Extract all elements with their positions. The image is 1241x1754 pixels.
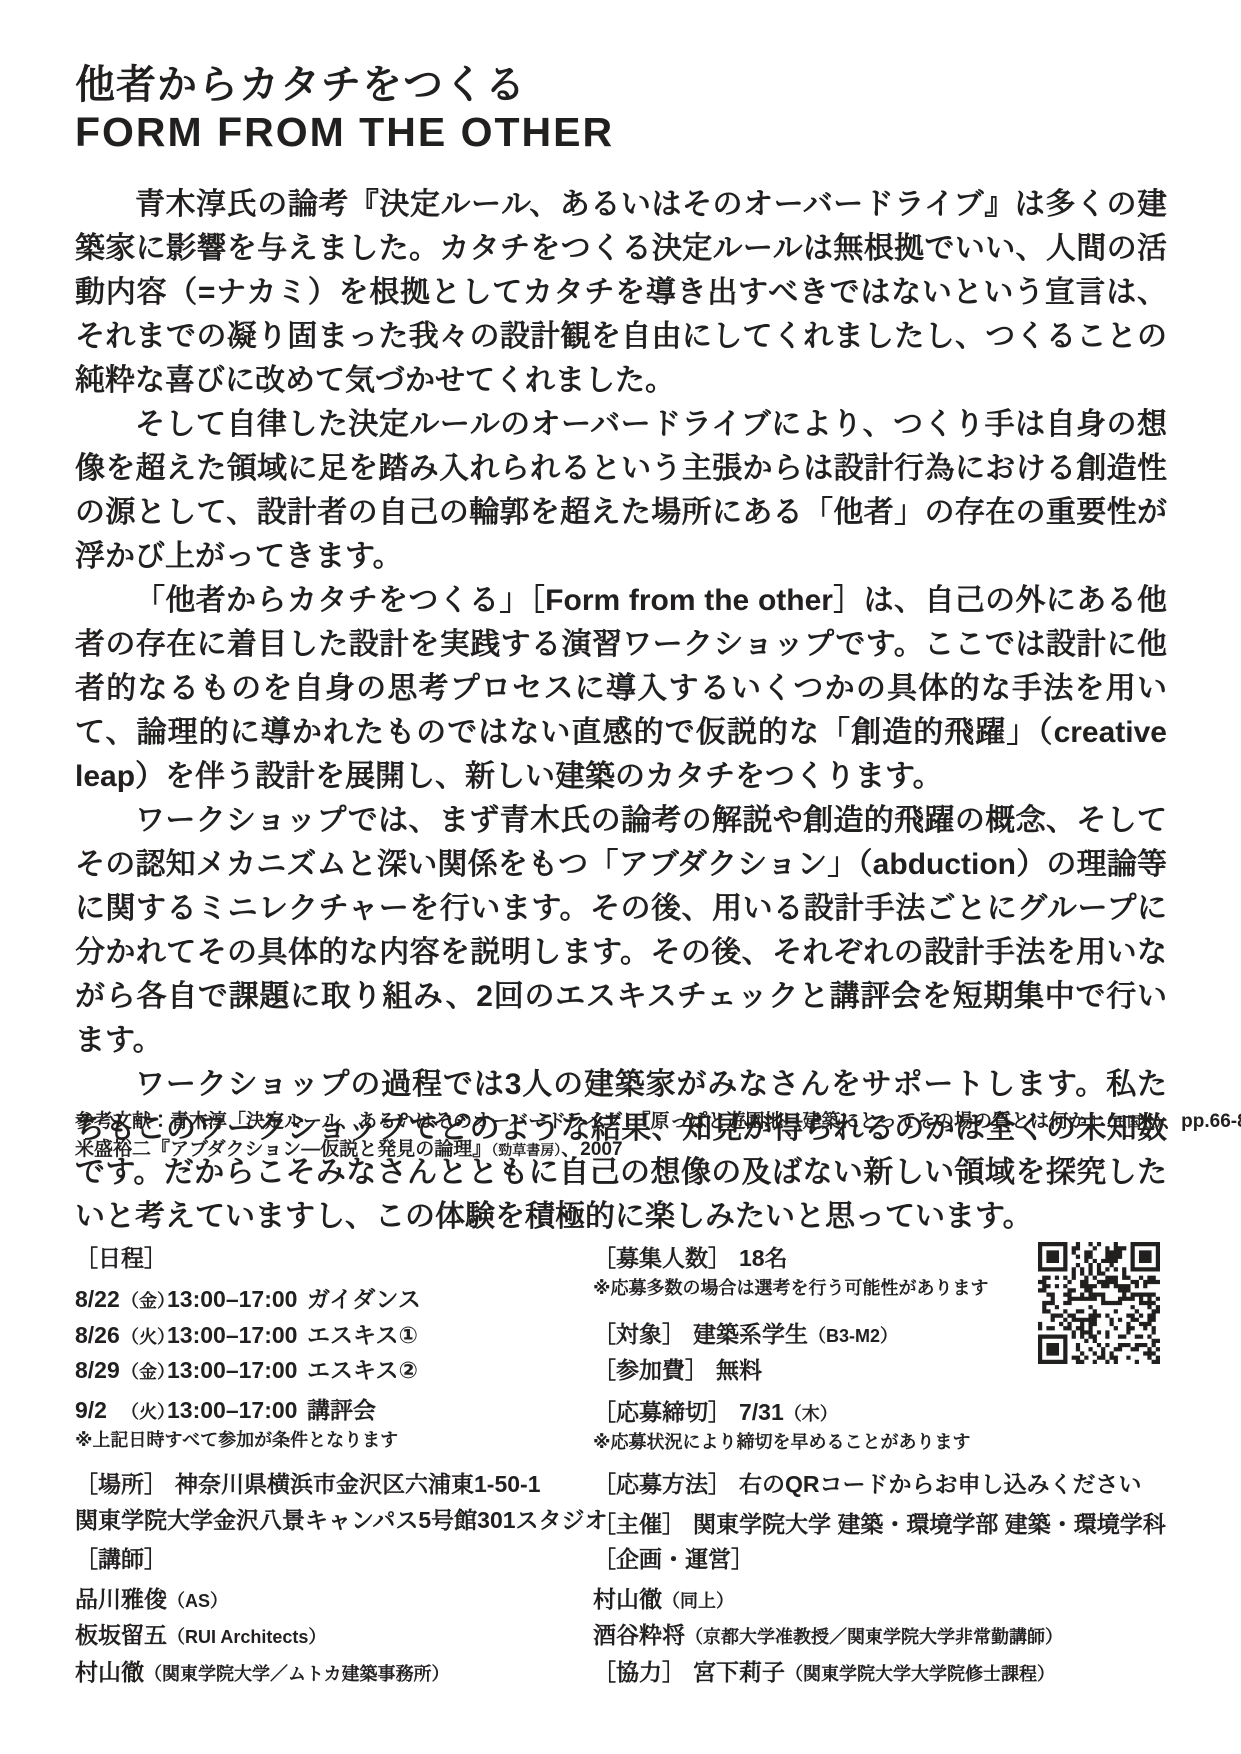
schedule-event: エスキス② bbox=[307, 1352, 418, 1385]
planning-member-name: 村山徹 bbox=[593, 1581, 662, 1614]
schedule-row: 9/2 （火） 13:00–17:00 講評会 bbox=[75, 1392, 376, 1425]
planning-member-row: 村山徹 （同上） bbox=[593, 1581, 734, 1614]
planning-member-affiliation: （京都大学准教授／関東学院大学非常勤講師） bbox=[685, 1623, 1063, 1649]
schedule-date: 8/29 bbox=[75, 1357, 121, 1384]
schedule-time: 13:00–17:00 bbox=[167, 1357, 307, 1384]
intro-paragraph-2: そして自律した決定ルールのオーバードライブにより、つくり手は自身の想像を超えた領… bbox=[75, 403, 1167, 579]
venue-address: 神奈川県横浜市金沢区六浦東1-50-1 bbox=[175, 1466, 540, 1499]
schedule-day: （金） bbox=[121, 1287, 167, 1313]
intro-paragraph-1: 青木淳氏の論考『決定ルール、あるいはそのオーバードライブ』は多くの建築家に影響を… bbox=[75, 183, 1167, 403]
recruitment-value: 18名 bbox=[739, 1240, 788, 1273]
reference-text: 米盛裕二『アブダクション—仮説と発見の論理』 bbox=[75, 1139, 491, 1160]
deadline-label: ［応募締切］ bbox=[593, 1394, 731, 1427]
recruitment-label: ［募集人数］ bbox=[593, 1240, 731, 1273]
lecturer-name: 品川雅俊 bbox=[75, 1581, 167, 1614]
organizer-row: ［主催］ 関東学院大学 建築・環境学部 建築・環境学科 bbox=[593, 1506, 1166, 1539]
venue-row: ［場所］ 神奈川県横浜市金沢区六浦東1-50-1 bbox=[75, 1466, 540, 1499]
schedule-day: （金） bbox=[121, 1358, 167, 1384]
application-value: 右のQRコードからお申し込みください bbox=[739, 1466, 1142, 1499]
cooperation-affiliation: （関東学院大学大学院修士課程） bbox=[785, 1660, 1055, 1686]
target-value: 建築系学生 bbox=[693, 1316, 808, 1349]
schedule-label: ［日程］ bbox=[75, 1240, 167, 1273]
schedule-event: 講評会 bbox=[307, 1392, 376, 1425]
reference-line-2: 米盛裕二『アブダクション—仮説と発見の論理』（勁草書房）、2007 bbox=[75, 1136, 1185, 1164]
schedule-row: 8/22 （金） 13:00–17:00 ガイダンス bbox=[75, 1281, 421, 1314]
schedule-time: 13:00–17:00 bbox=[167, 1286, 307, 1313]
intro-paragraph-4: ワークショップでは、まず青木氏の論考の解説や創造的飛躍の概念、そしてその認知メカ… bbox=[75, 799, 1167, 1063]
reference-year: 、2007 bbox=[561, 1139, 622, 1160]
recruitment-note: ※応募多数の場合は選考を行う可能性があります bbox=[593, 1274, 989, 1300]
schedule-date: 8/26 bbox=[75, 1322, 121, 1349]
deadline-row: ［応募締切］ 7/31 （木） bbox=[593, 1394, 838, 1427]
schedule-event: エスキス① bbox=[307, 1317, 418, 1350]
deadline-value-note: （木） bbox=[784, 1400, 838, 1426]
lecturers-label: ［講師］ bbox=[75, 1541, 167, 1574]
organizer-label: ［主催］ bbox=[593, 1506, 685, 1539]
page-title-english: FORM FROM THE OTHER bbox=[75, 109, 614, 156]
reference-publisher: （王国社） bbox=[1106, 1114, 1162, 1130]
planning-label: ［企画・運営］ bbox=[593, 1541, 754, 1574]
page-title: 他者からカタチをつくる FORM FROM THE OTHER bbox=[75, 62, 614, 156]
reference-pages: 、pp.66-84、2004 bbox=[1162, 1111, 1241, 1132]
lecturer-affiliation: （関東学院大学／ムトカ建築事務所） bbox=[144, 1660, 449, 1686]
application-qr-code-icon bbox=[1038, 1242, 1160, 1364]
lecturer-row: 村山徹 （関東学院大学／ムトカ建築事務所） bbox=[75, 1654, 449, 1687]
lecturer-affiliation: （RUI Architects） bbox=[167, 1623, 326, 1649]
organizer-value: 関東学院大学 建築・環境学部 建築・環境学科 bbox=[693, 1506, 1166, 1539]
cooperation-name: 宮下莉子 bbox=[693, 1654, 785, 1687]
fee-row: ［参加費］ 無料 bbox=[593, 1352, 762, 1385]
fee-label: ［参加費］ bbox=[593, 1352, 708, 1385]
intro-text: 青木淳氏の論考『決定ルール、あるいはそのオーバードライブ』は多くの建築家に影響を… bbox=[75, 183, 1167, 1239]
schedule-time: 13:00–17:00 bbox=[167, 1397, 307, 1424]
schedule-date: 8/22 bbox=[75, 1286, 121, 1313]
cooperation-row: ［協力］ 宮下莉子 （関東学院大学大学院修士課程） bbox=[593, 1654, 1055, 1687]
lecturer-row: 品川雅俊 （AS） bbox=[75, 1581, 228, 1614]
deadline-value: 7/31 bbox=[739, 1399, 784, 1426]
page-title-japanese: 他者からカタチをつくる bbox=[75, 62, 614, 109]
schedule-time: 13:00–17:00 bbox=[167, 1322, 307, 1349]
references: 参考文献：青木淳「決定ルール、あるいはそのオーバードライブ」『原っぱと遊園地—建… bbox=[75, 1108, 1185, 1164]
intro-paragraph-3: 「他者からカタチをつくる」［Form from the other］は、自己の外… bbox=[75, 579, 1167, 799]
target-row: ［対象］ 建築系学生 （B3-M2） bbox=[593, 1316, 898, 1349]
schedule-day: （火） bbox=[121, 1398, 167, 1424]
schedule-day: （火） bbox=[121, 1323, 167, 1349]
recruitment-row: ［募集人数］ 18名 bbox=[593, 1240, 788, 1273]
schedule-row: 8/26 （火） 13:00–17:00 エスキス① bbox=[75, 1317, 418, 1350]
poster-page: 他者からカタチをつくる FORM FROM THE OTHER 青木淳氏の論考『… bbox=[0, 0, 1241, 1754]
fee-value: 無料 bbox=[716, 1352, 762, 1385]
cooperation-label: ［協力］ bbox=[593, 1654, 685, 1687]
lecturer-row: 板坂留五 （RUI Architects） bbox=[75, 1617, 326, 1650]
application-label: ［応募方法］ bbox=[593, 1466, 731, 1499]
planning-member-name: 酒谷粋将 bbox=[593, 1617, 685, 1650]
lecturer-name: 村山徹 bbox=[75, 1654, 144, 1687]
target-label: ［対象］ bbox=[593, 1316, 685, 1349]
lecturer-name: 板坂留五 bbox=[75, 1617, 167, 1650]
reference-publisher: （勁草書房） bbox=[491, 1142, 561, 1158]
schedule-note: ※上記日時すべて参加が条件となります bbox=[75, 1426, 398, 1452]
schedule-row: 8/29 （金） 13:00–17:00 エスキス② bbox=[75, 1352, 418, 1385]
reference-line-1: 参考文献：青木淳「決定ルール、あるいはそのオーバードライブ」『原っぱと遊園地—建… bbox=[75, 1108, 1185, 1136]
planning-member-affiliation: （同上） bbox=[662, 1587, 734, 1613]
venue-building: 関東学院大学金沢八景キャンパス5号館301スタジオ bbox=[75, 1502, 608, 1535]
lecturer-affiliation: （AS） bbox=[167, 1587, 228, 1613]
schedule-date: 9/2 bbox=[75, 1397, 121, 1424]
target-value-note: （B3-M2） bbox=[808, 1322, 898, 1348]
schedule-event: ガイダンス bbox=[307, 1281, 421, 1314]
planning-member-row: 酒谷粋将 （京都大学准教授／関東学院大学非常勤講師） bbox=[593, 1617, 1063, 1650]
reference-text: 参考文献：青木淳「決定ルール、あるいはそのオーバードライブ」『原っぱと遊園地—建… bbox=[75, 1111, 1106, 1132]
deadline-note: ※応募状況により締切を早めることがあります bbox=[593, 1428, 971, 1454]
venue-label: ［場所］ bbox=[75, 1466, 167, 1499]
application-row: ［応募方法］ 右のQRコードからお申し込みください bbox=[593, 1466, 1142, 1499]
